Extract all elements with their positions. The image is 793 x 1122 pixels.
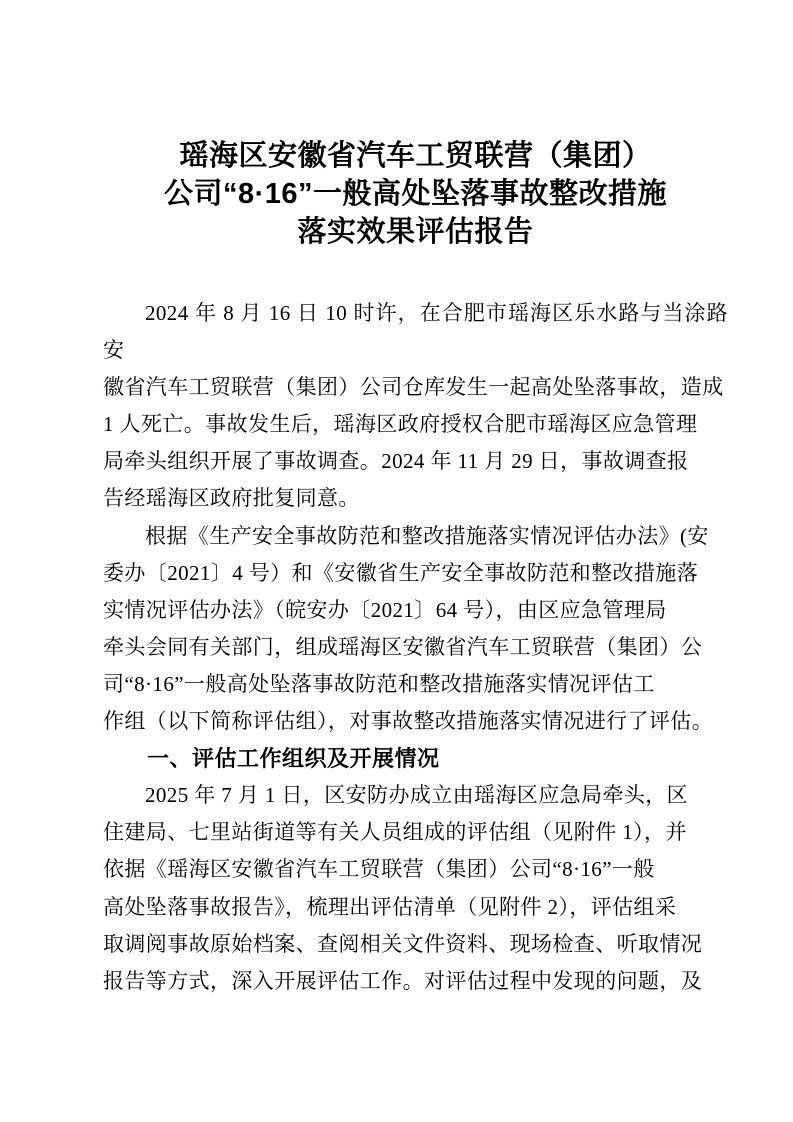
document-page: 瑶海区安徽省汽车工贸联营（集团） 公司“8·16”一般高处坠落事故整改措施 落实… bbox=[0, 0, 793, 1122]
intro-paragraph-1: 2024 年 8 月 16 日 10 时许，在合肥市瑶海区乐水路与当涂路安 徽省… bbox=[103, 295, 728, 518]
document-title: 瑶海区安徽省汽车工贸联营（集团） 公司“8·16”一般高处坠落事故整改措施 落实… bbox=[103, 137, 728, 251]
intro-paragraph-2: 根据《生产安全事故防范和整改措施落实情况评估办法》(安 委办〔2021〕4 号）… bbox=[103, 518, 728, 741]
document-body: 2024 年 8 月 16 日 10 时许，在合肥市瑶海区乐水路与当涂路安 徽省… bbox=[103, 295, 728, 1000]
section-heading-1: 一、评估工作组织及开展情况 bbox=[103, 740, 728, 777]
section-1-paragraph-1: 2025 年 7 月 1 日，区安防办成立由瑶海区应急局牵头，区 住建局、七里站… bbox=[103, 777, 728, 1000]
